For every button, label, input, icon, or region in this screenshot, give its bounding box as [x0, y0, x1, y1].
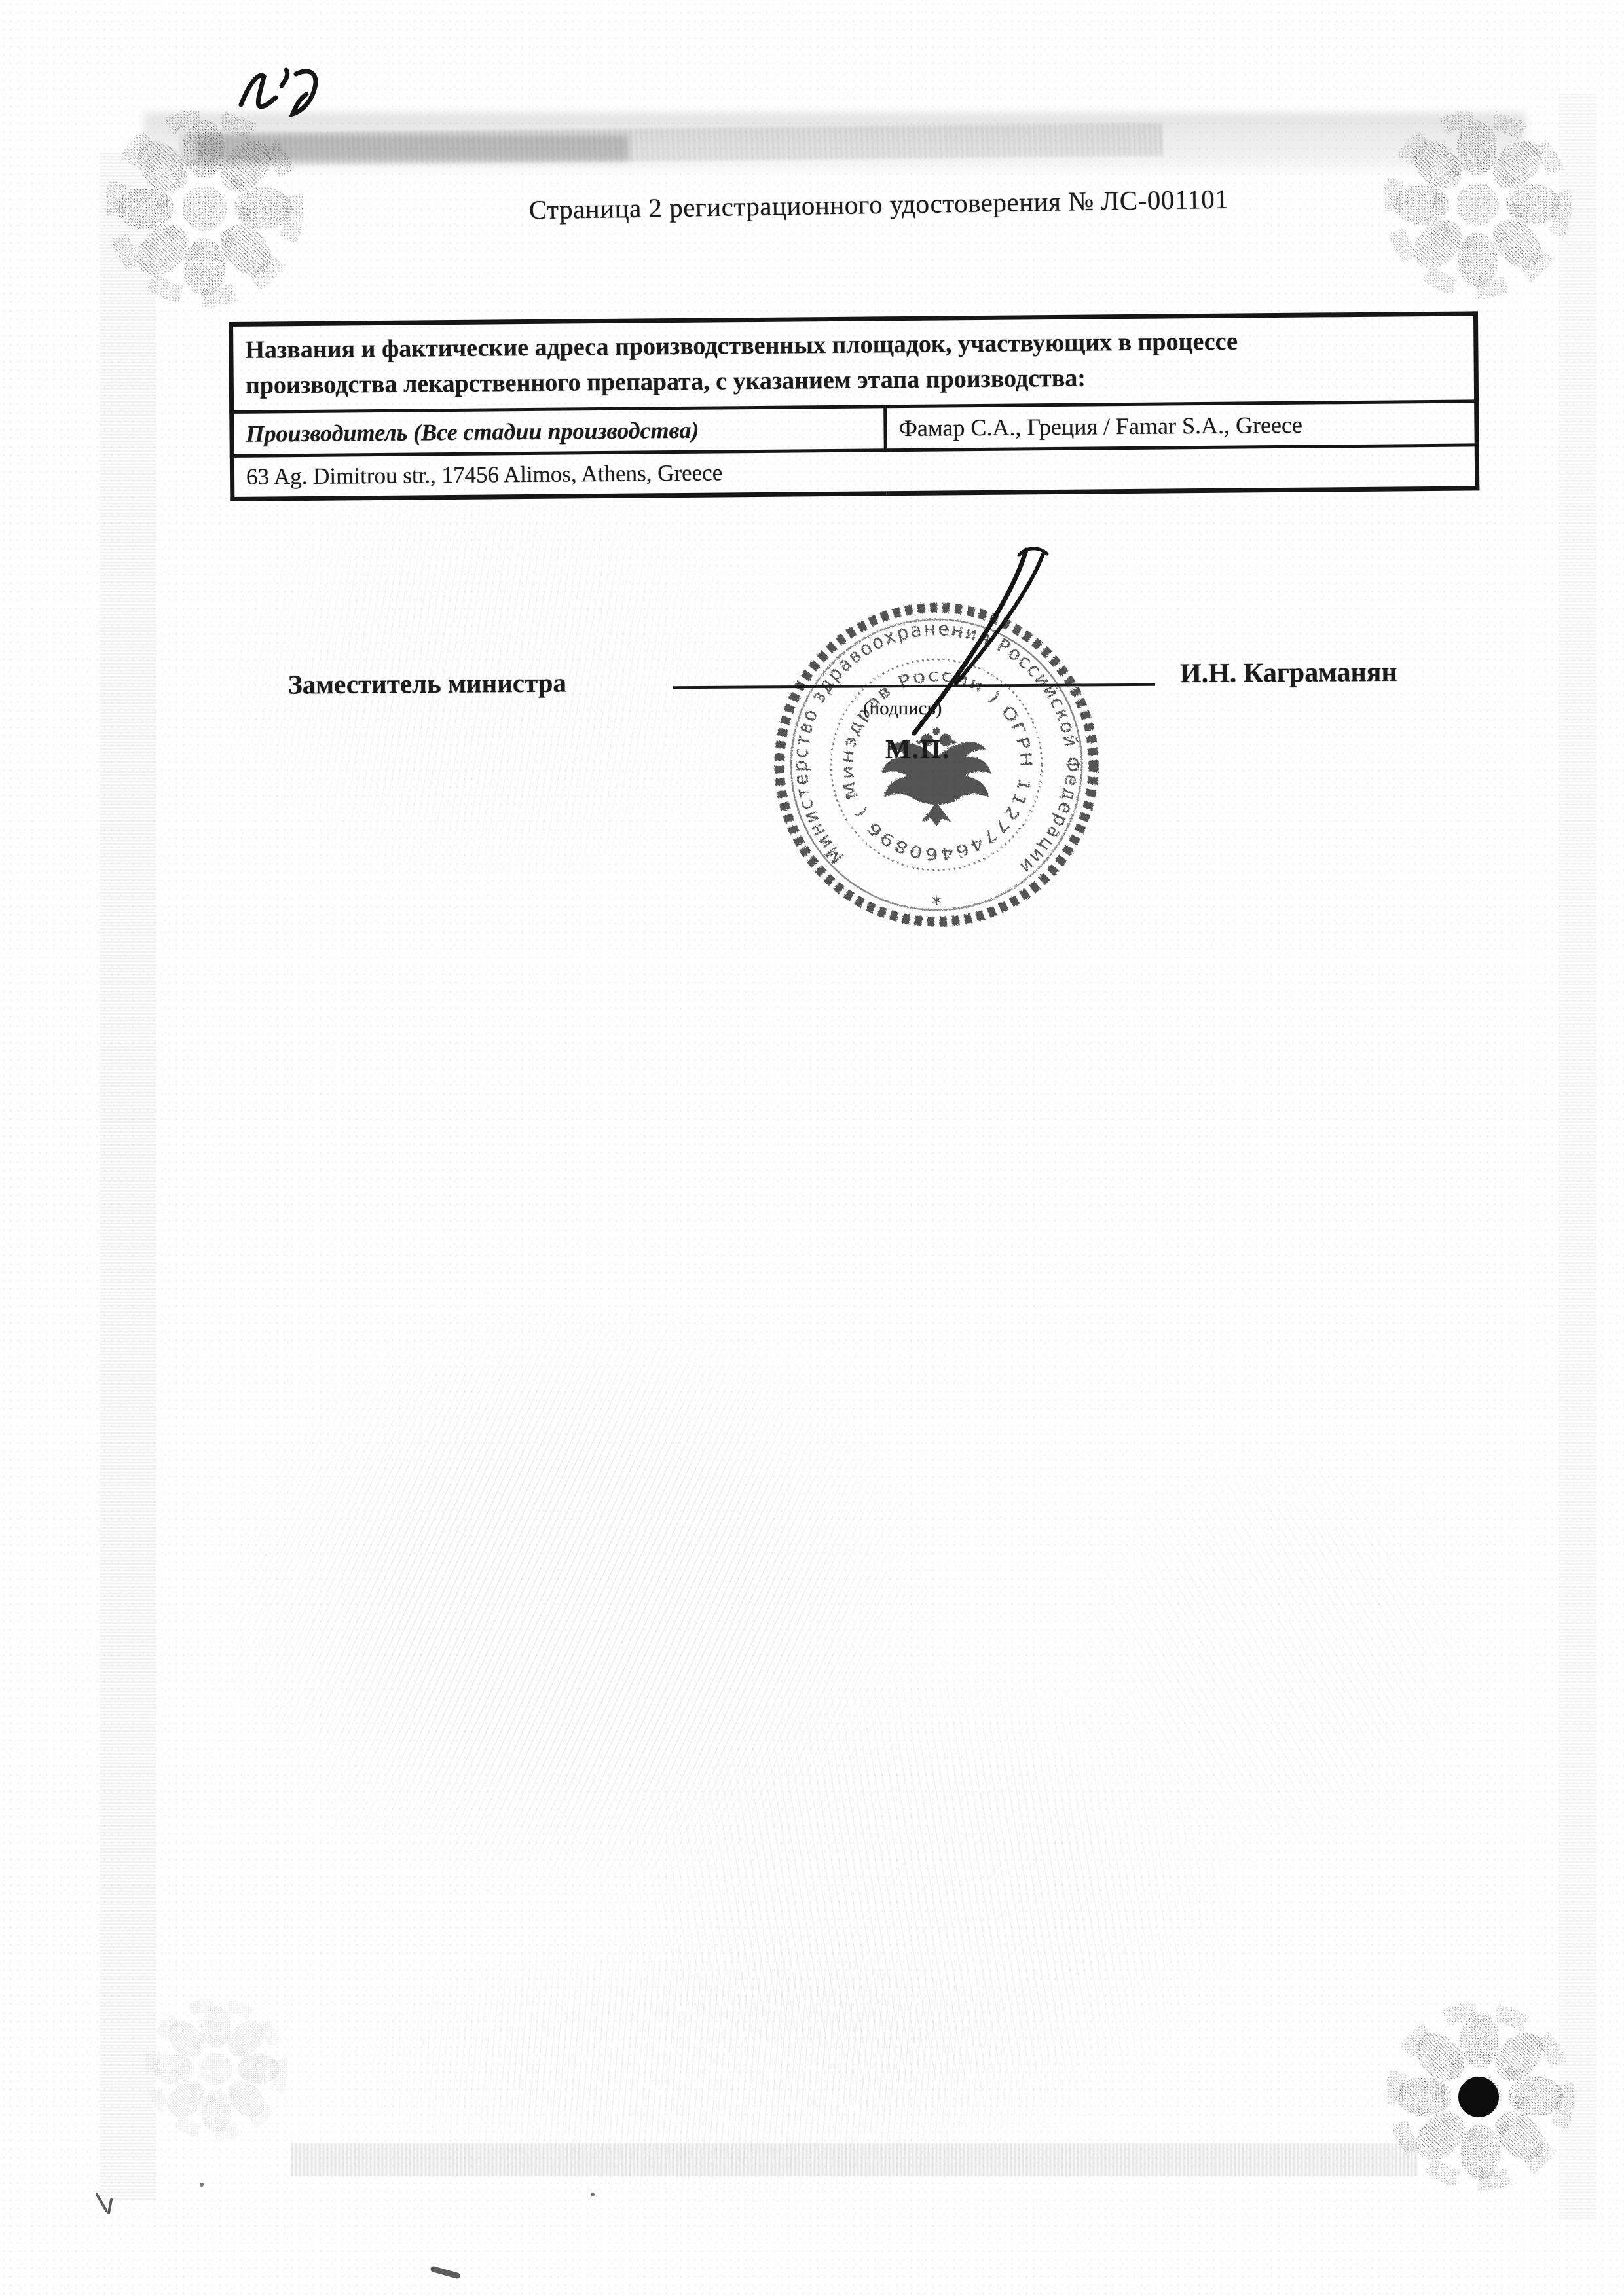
scanned-certificate-page: Министерство здравоохранения Российской … — [0, 0, 1624, 2296]
table-header-line1: Названия и фактические адреса производст… — [245, 328, 1238, 364]
table-header-cell: Названия и фактические адреса производст… — [231, 314, 1477, 412]
seal-place-abbr: М.П. — [885, 733, 950, 765]
watermark-swirl — [969, 1342, 1591, 1964]
scan-edge-streak — [1559, 92, 1596, 2219]
scan-noise-band — [196, 135, 629, 161]
production-sites-table: Названия и фактические адреса производст… — [229, 311, 1479, 501]
guilloche-rosette-icon — [1395, 2011, 1565, 2181]
seal-bottom-mark: * — [932, 892, 942, 915]
ministry-seal-stamp: Министерство здравоохранения Российской … — [762, 590, 1111, 939]
signatory-role-label: Заместитель министра — [288, 667, 566, 701]
scan-edge-streak — [100, 151, 156, 2200]
watermark-swirl — [183, 1866, 1264, 2259]
producer-label-cell: Производитель (Все стадии производства) — [232, 407, 886, 456]
scan-noise-band — [144, 113, 1526, 170]
scan-noise-band — [180, 123, 1162, 166]
signature-caption: (подпись) — [863, 698, 942, 720]
guilloche-rosette-icon — [115, 118, 294, 298]
producer-value-cell: Фамар С.А., Греция / Famar S.A., Greece — [885, 401, 1477, 450]
scan-speck — [97, 2183, 595, 2276]
table-header-line2: производства лекарственного препарата, с… — [246, 365, 1086, 399]
registration-dot — [1458, 2077, 1499, 2117]
table-row: Названия и фактические адреса производст… — [231, 314, 1477, 412]
guilloche-rosette-icon — [151, 2004, 280, 2133]
page-title: Страница 2 регистрационного удостоверени… — [486, 183, 1272, 227]
signatory-name: И.Н. Каграманян — [1180, 657, 1397, 689]
watermark-swirl — [72, 1178, 1087, 2030]
watermark-swirl — [445, 1558, 1395, 2246]
guilloche-rosette-icon — [1392, 119, 1562, 289]
handwritten-mark — [241, 70, 316, 114]
scan-noise-band — [291, 2143, 1418, 2176]
